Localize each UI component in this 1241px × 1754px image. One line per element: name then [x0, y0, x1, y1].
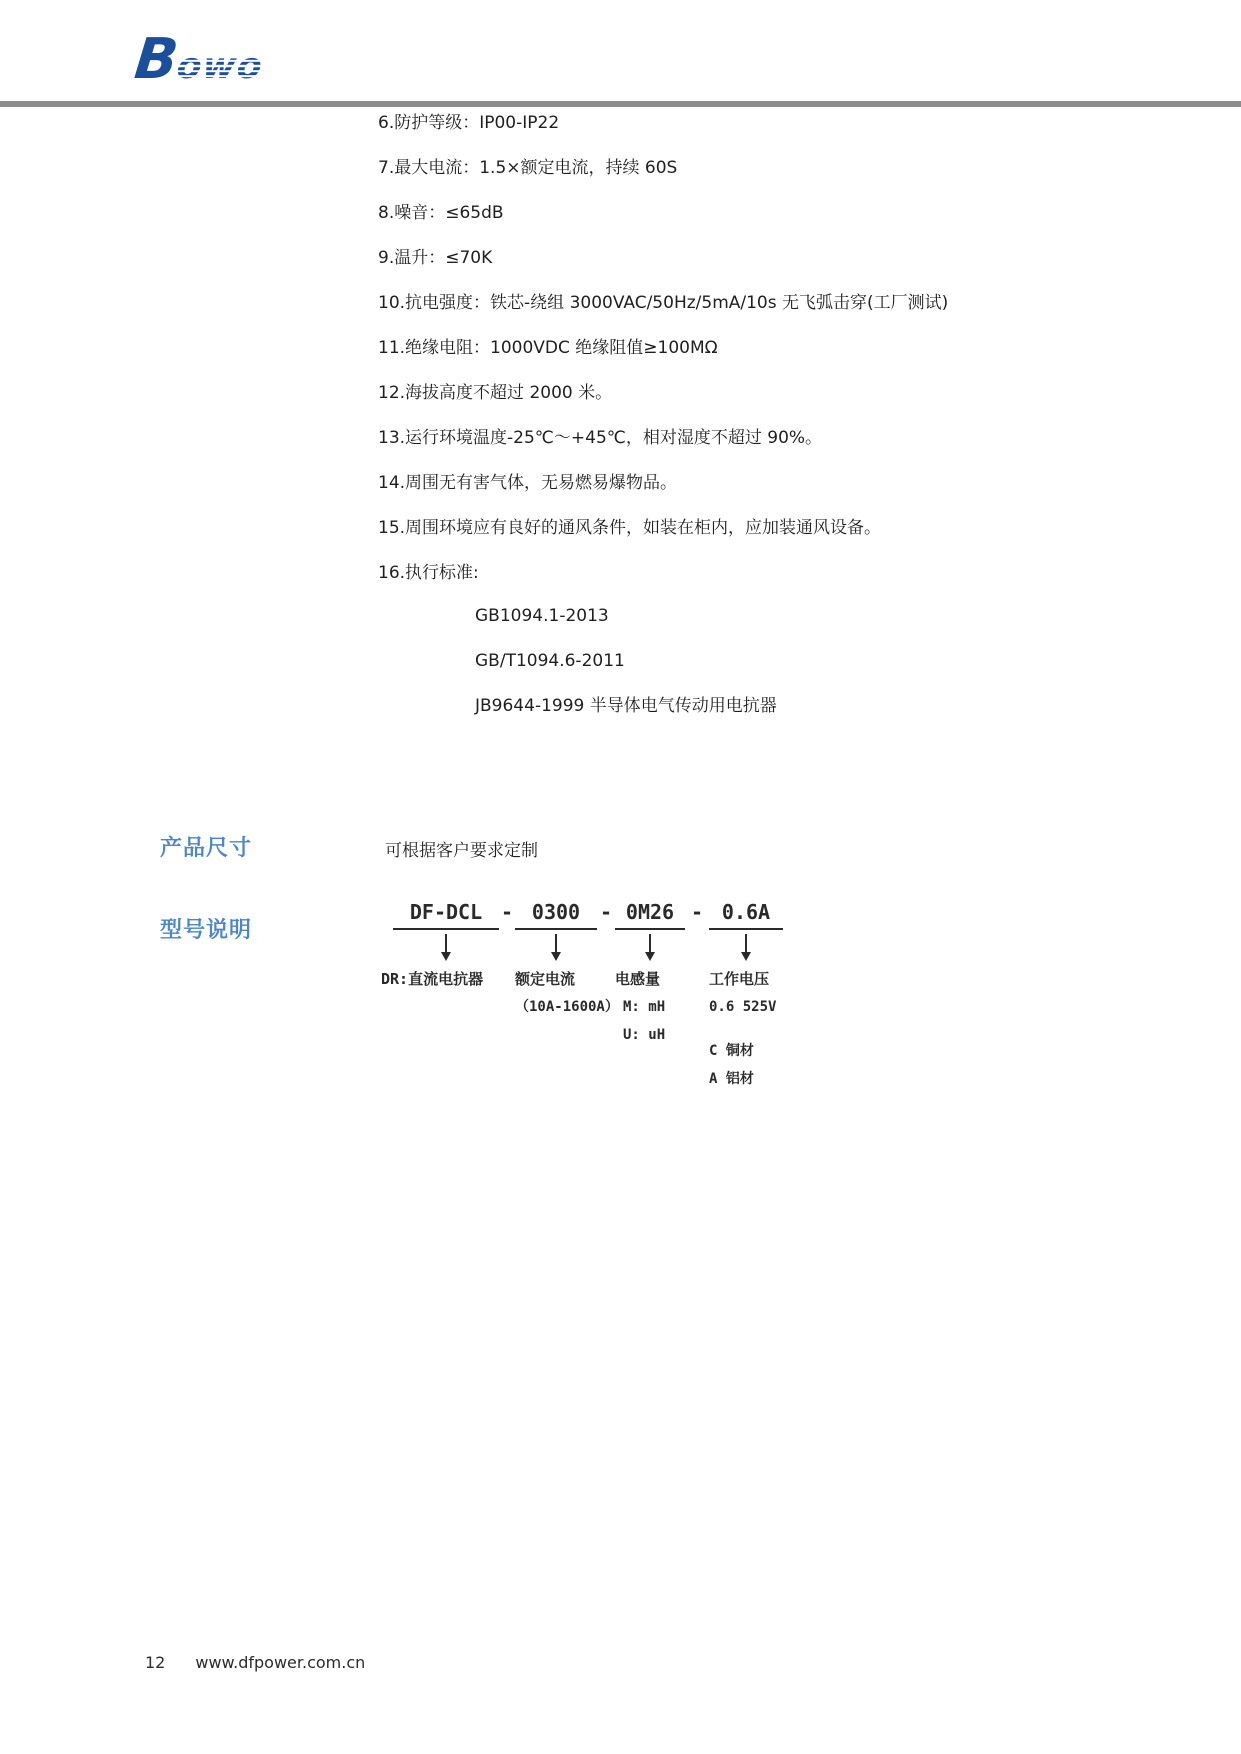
standards-list: GB1094.1-2013 GB/T1094.6-2011 JB9644-199…: [475, 607, 777, 742]
standard-item-2: GB/T1094.6-2011: [475, 652, 777, 671]
spec-item-7: 7.最大电流：1.5×额定电流，持续 60S: [378, 159, 948, 178]
model-segment-label: 工作电压: [709, 970, 783, 988]
spec-item-11: 11.绝缘电阻：1000VDC 绝缘阻值≥100MΩ: [378, 339, 948, 358]
logo-letter-b: B: [132, 30, 181, 90]
model-segment-label: 电感量: [615, 970, 685, 988]
model-segment-working-voltage: 0.6A 工作电压 0.6 525V C 铜材 A 铝材: [709, 899, 783, 1088]
model-separator-dash: -: [685, 899, 709, 925]
model-segment-sublabel: 0.6 525V: [709, 998, 783, 1016]
model-designation-diagram: DF-DCL DR:直流电抗器 - 0300 额定电流 （10A-1600A） …: [393, 899, 783, 1088]
header-divider: [0, 101, 1241, 107]
model-segment-label: 额定电流: [515, 970, 597, 988]
model-segment-sublabel: （10A-1600A）: [515, 998, 597, 1016]
document-page: Bowo 6.防护等级：IP00-IP22 7.最大电流：1.5×额定电流，持续…: [0, 0, 1241, 1754]
down-arrow-icon: [649, 934, 651, 958]
spec-item-9: 9.温升：≤70K: [378, 249, 948, 268]
section-title-model-description: 型号说明: [160, 913, 252, 944]
model-code-inductance: 0M26: [615, 899, 685, 930]
spec-item-8: 8.噪音：≤65dB: [378, 204, 948, 223]
section-title-product-dimensions: 产品尺寸: [160, 831, 252, 862]
website-url: www.dfpower.com.cn: [195, 1653, 365, 1672]
model-code-rated-current: 0300: [515, 899, 597, 930]
spec-list: 6.防护等级：IP00-IP22 7.最大电流：1.5×额定电流，持续 60S …: [378, 114, 948, 609]
standard-item-1: GB1094.1-2013: [475, 607, 777, 626]
model-segment-label: DR:直流电抗器: [381, 970, 499, 988]
down-arrow-icon: [445, 934, 447, 958]
page-number: 12: [145, 1653, 165, 1672]
logo-letters-owo: owo: [175, 47, 265, 87]
model-separator-dash: -: [597, 899, 615, 925]
model-code-prefix: DF-DCL: [393, 899, 499, 930]
model-segment-sublabel: A 铝材: [709, 1070, 783, 1088]
spec-item-16: 16.执行标准:: [378, 564, 948, 583]
model-segment-sublabel: U: uH: [623, 1026, 685, 1044]
page-footer: 12 www.dfpower.com.cn: [145, 1653, 365, 1672]
bowo-logo: Bowo: [132, 30, 267, 90]
spec-item-14: 14.周围无有害气体，无易燃易爆物品。: [378, 474, 948, 493]
spec-item-12: 12.海拔高度不超过 2000 米。: [378, 384, 948, 403]
down-arrow-icon: [555, 934, 557, 958]
spec-item-6: 6.防护等级：IP00-IP22: [378, 114, 948, 133]
spec-item-13: 13.运行环境温度-25℃～+45℃，相对湿度不超过 90%。: [378, 429, 948, 448]
model-code-working-voltage: 0.6A: [709, 899, 783, 930]
spec-item-10: 10.抗电强度：铁芯-绕组 3000VAC/50Hz/5mA/10s 无飞弧击穿…: [378, 294, 948, 313]
model-segment-sublabel: C 铜材: [709, 1042, 783, 1060]
model-segment-rated-current: 0300 额定电流 （10A-1600A）: [515, 899, 597, 1016]
product-dimensions-note: 可根据客户要求定制: [385, 836, 538, 861]
model-separator-dash: -: [499, 899, 515, 925]
model-segment-inductance: 0M26 电感量 M: mH U: uH: [615, 899, 685, 1044]
model-segment-sublabel: M: mH: [623, 998, 685, 1016]
model-segment-prefix: DF-DCL DR:直流电抗器: [393, 899, 499, 988]
spec-item-15: 15.周围环境应有良好的通风条件，如装在柜内，应加装通风设备。: [378, 519, 948, 538]
standard-item-3: JB9644-1999 半导体电气传动用电抗器: [475, 697, 777, 716]
down-arrow-icon: [745, 934, 747, 958]
